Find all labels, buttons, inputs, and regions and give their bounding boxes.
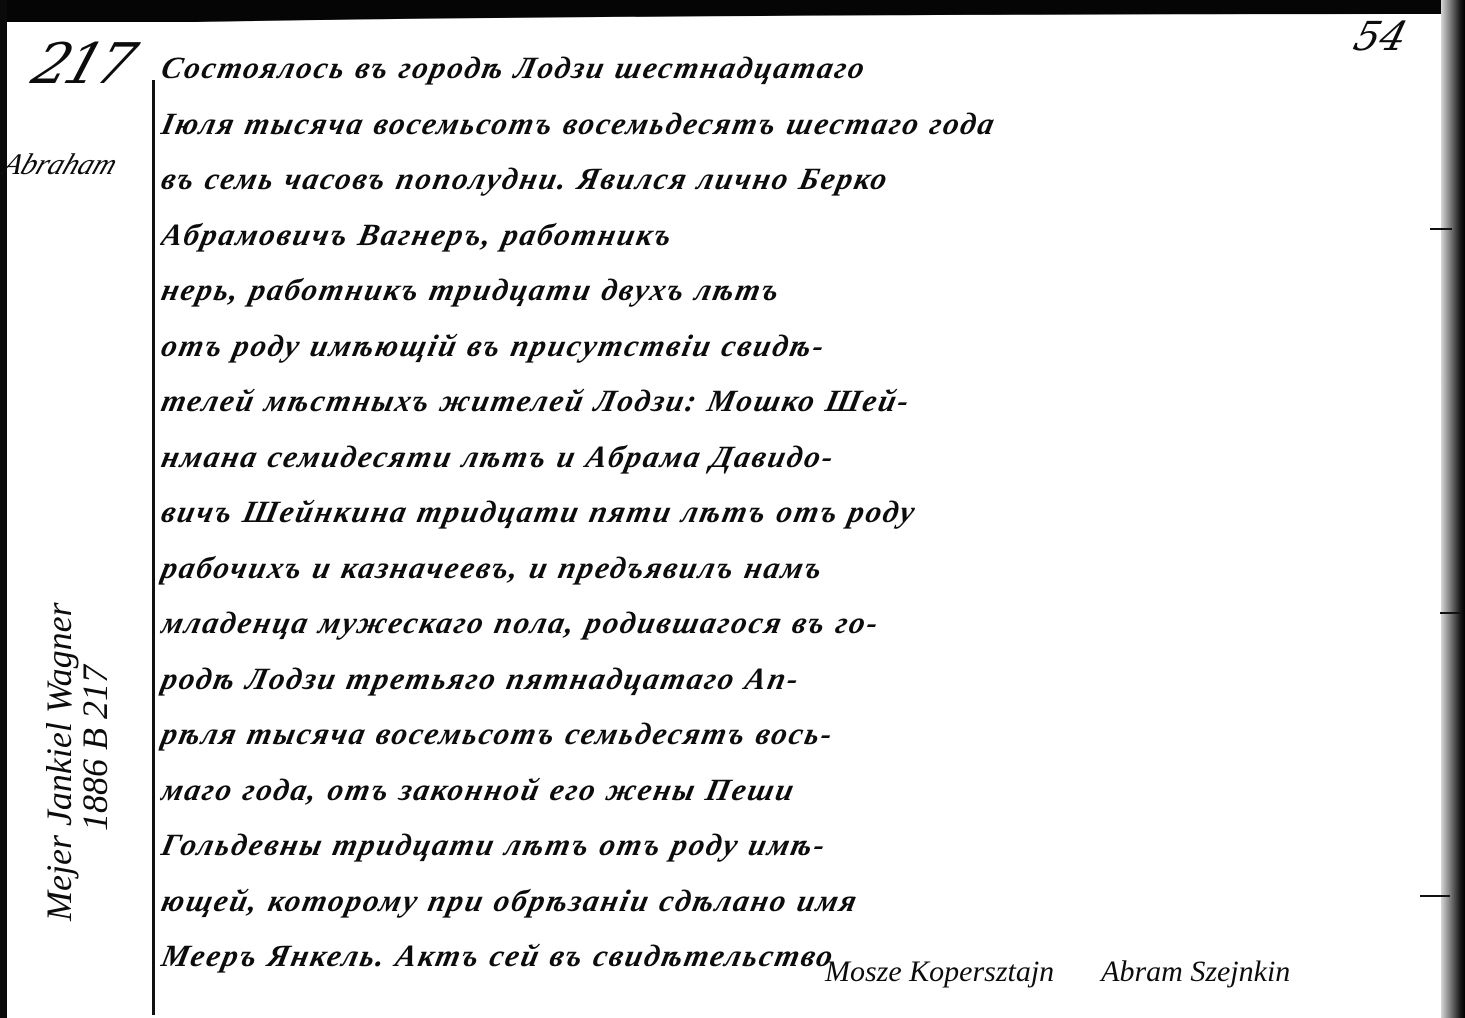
signature-witness-1: Mosze Kopersztajn <box>825 955 1054 988</box>
line-end-dash <box>1440 612 1460 614</box>
margin-annotation-name: Mejer Jankiel Wagner <box>41 591 77 921</box>
body-line: Іюля тысяча восемьсотъ восемьдесятъ шест… <box>156 96 1418 152</box>
entry-number: 217 <box>24 32 140 97</box>
body-line: Абрамовичъ Вагнеръ, работникъ <box>156 207 1418 263</box>
body-line: Состоялось въ городѣ Лодзи шестнадцатаго <box>156 40 1418 96</box>
signature-witness-2: Abram Szejnkin <box>1101 955 1290 988</box>
body-line: въ семь часовъ пополудни. Явился лично Б… <box>156 151 1418 207</box>
body-line: ющей, которому при обрѣзаніи сдѣлано имя <box>156 873 1418 929</box>
margin-name: Abraham <box>0 148 122 182</box>
scan-top-edge <box>0 0 1465 22</box>
scan-left-edge <box>0 0 7 1018</box>
line-end-dash <box>1430 228 1452 230</box>
body-line: рабочихъ и казначеевъ, и предъявилъ намъ <box>156 540 1418 596</box>
margin-annotation-ref: 1886 B 217 <box>77 591 113 921</box>
scan-right-edge <box>1441 0 1465 1018</box>
body-line: Гольдевны тридцати лѣтъ отъ роду имѣ- <box>156 817 1418 873</box>
body-line: младенца мужескаго пола, родившагося въ … <box>156 595 1418 651</box>
margin-divider-line <box>152 80 155 1015</box>
record-body: Состоялось въ городѣ Лодзи шестнадцатаго… <box>162 40 1412 984</box>
body-line: отъ роду имѣющій въ присутствіи свидѣ- <box>156 318 1418 374</box>
body-line: родѣ Лодзи третьяго пятнадцатаго Ап- <box>156 651 1418 707</box>
line-end-dash <box>1420 895 1450 897</box>
body-line: рѣля тысяча восемьсотъ семьдесятъ вось- <box>156 706 1418 762</box>
margin-annotation: Mejer Jankiel Wagner 1886 B 217 <box>41 591 113 921</box>
body-line: нерь, работникъ тридцати двухъ лѣтъ <box>156 262 1418 318</box>
body-line: вичъ Шейнкина тридцати пяти лѣтъ отъ род… <box>156 484 1418 540</box>
body-line: нмана семидесяти лѣтъ и Абрама Давидо- <box>156 429 1418 485</box>
signatures: Mosze Kopersztajn Abram Szejnkin <box>825 955 1330 989</box>
body-line: телей мѣстныхъ жителей Лодзи: Мошко Шей- <box>156 373 1418 429</box>
body-line: маго года, отъ законной его жены Пеши <box>156 762 1418 818</box>
